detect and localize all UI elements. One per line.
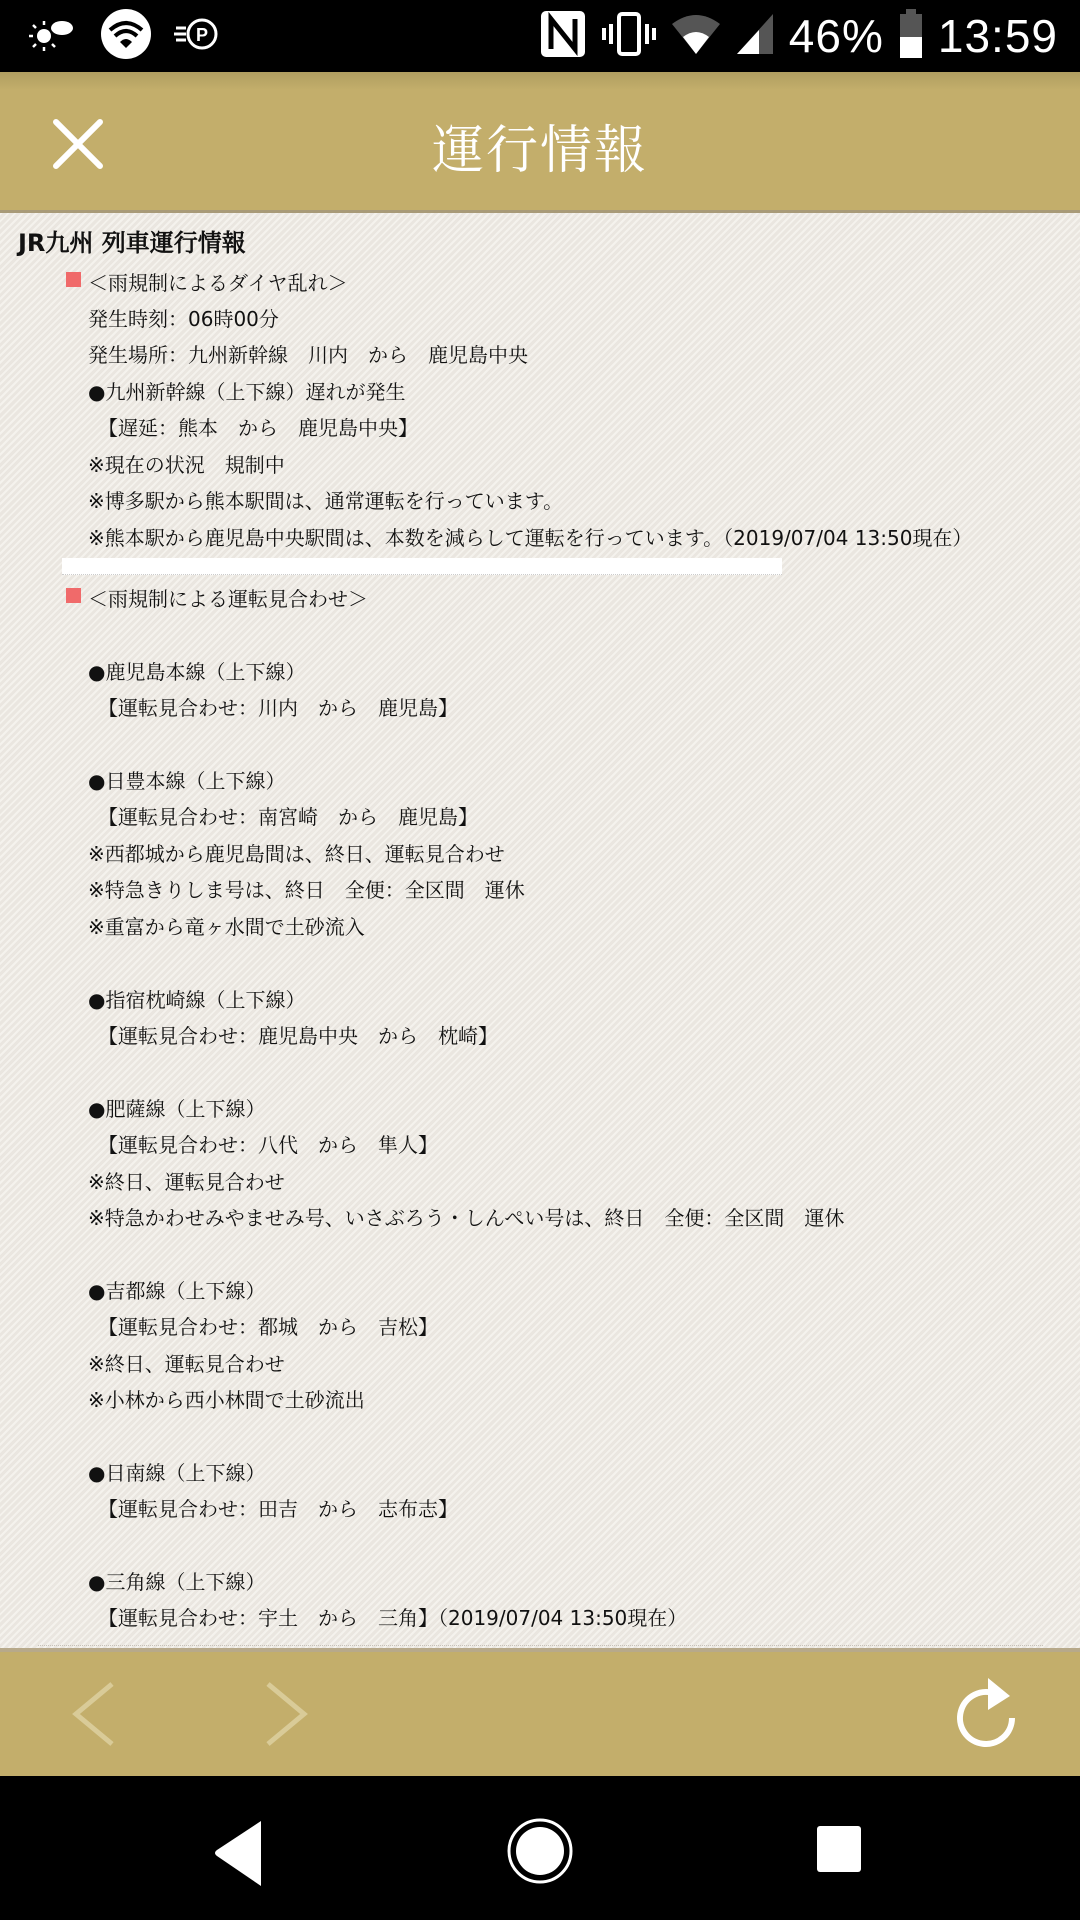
info-line: ※終日、運転見合わせ (88, 1348, 285, 1377)
section-category: ＜雨規制によるダイヤ乱れ＞ (88, 267, 348, 296)
chevron-left-icon (62, 1674, 132, 1754)
page-title: 運行情報 (0, 108, 1080, 183)
nav-recents-icon (795, 1806, 885, 1896)
wifi-hotspot-icon (100, 8, 152, 64)
info-line: 【遅延：熊本 から 鹿児島中央】 (88, 412, 418, 441)
info-line: ※特急かわせみやませみ号、いさぶろう・しんぺい号は、終日 全便：全区間 運休 (88, 1202, 844, 1231)
info-line: ※博多駅から熊本駅間は、通常運転を行っています。 (88, 485, 563, 514)
wifi-signal-icon (671, 12, 721, 60)
info-line: 【運転見合わせ：八代 から 隼人】 (88, 1129, 438, 1158)
section-divider (62, 558, 782, 575)
info-line: ●日豊本線（上下線） (88, 765, 285, 794)
battery-icon (898, 9, 924, 63)
nav-back-button[interactable] (195, 1806, 285, 1896)
info-line: ●九州新幹線（上下線）遅れが発生 (88, 376, 405, 405)
info-line: ●指宿枕崎線（上下線） (88, 984, 305, 1013)
info-line: ※西都城から鹿児島間は、終日、運転見合わせ (88, 838, 505, 867)
category-label: ＜雨規制による運転見合わせ＞ (88, 587, 368, 611)
reload-button[interactable] (948, 1674, 1028, 1754)
info-line: ●日南線（上下線） (88, 1457, 265, 1486)
system-nav-bar (0, 1776, 1080, 1920)
nav-home-button[interactable] (495, 1806, 585, 1896)
forward-button[interactable] (250, 1674, 320, 1754)
back-button[interactable] (62, 1674, 132, 1754)
info-line: 【運転見合わせ：川内 から 鹿児島】 (88, 692, 458, 721)
app-bar: 運行情報 (0, 72, 1080, 213)
info-line: 【運転見合わせ：都城 から 吉松】 (88, 1311, 438, 1340)
info-line: 【運転見合わせ：宇土 から 三角】（2019/07/04 13:50現在） (88, 1602, 687, 1631)
category-label: ＜雨規制によるダイヤ乱れ＞ (88, 271, 348, 295)
info-line: ※小林から西小林間で土砂流出 (88, 1384, 365, 1413)
info-line: 発生時刻：06時00分 (88, 303, 279, 332)
train-info-content: JR九州 列車運行情報 ＜雨規制によるダイヤ乱れ＞ 発生時刻：06時00分 発生… (0, 213, 1080, 1648)
weather-partly-sunny-icon (26, 12, 78, 60)
info-line: ※特急きりしま号は、終日 全便：全区間 運休 (88, 874, 525, 903)
info-line: ●吉都線（上下線） (88, 1275, 265, 1304)
nav-home-icon (495, 1806, 585, 1896)
battery-percent: 46% (789, 9, 884, 63)
section-category: ＜雨規制による運転見合わせ＞ (88, 583, 368, 612)
category-marker-icon (66, 272, 81, 287)
cell-signal-icon (735, 12, 775, 60)
info-line: ●鹿児島本線（上下線） (88, 656, 305, 685)
info-line: ●三角線（上下線） (88, 1566, 265, 1595)
status-bar: P 46% 13:59 (0, 0, 1080, 72)
svg-text:P: P (196, 25, 208, 45)
nfc-icon (539, 9, 587, 63)
info-line: ※現在の状況 規制中 (88, 449, 285, 478)
browser-toolbar (0, 1648, 1080, 1776)
info-line: 発生場所：九州新幹線 川内 から 鹿児島中央 (88, 339, 528, 368)
nav-back-icon (195, 1806, 285, 1896)
category-marker-icon (66, 588, 81, 603)
info-line: ●肥薩線（上下線） (88, 1093, 265, 1122)
content-bottom-rule (38, 1645, 1043, 1647)
info-line: 【運転見合わせ：田吉 から 志布志】 (88, 1493, 458, 1522)
chevron-right-icon (250, 1674, 320, 1754)
clock: 13:59 (938, 9, 1058, 63)
info-line: ※熊本駅から鹿児島中央駅間は、本数を減らして運転を行っています。（2019/07… (88, 522, 972, 551)
vibrate-icon (601, 12, 657, 60)
reload-icon (948, 1674, 1028, 1754)
info-line: 【運転見合わせ：南宮崎 から 鹿児島】 (88, 801, 478, 830)
parking-app-icon: P (174, 14, 220, 58)
nav-recents-button[interactable] (795, 1806, 885, 1896)
info-line: 【運転見合わせ：鹿児島中央 から 枕崎】 (88, 1020, 498, 1049)
content-heading: JR九州 列車運行情報 (18, 223, 246, 258)
info-line: ※終日、運転見合わせ (88, 1166, 285, 1195)
info-line: ※重富から竜ヶ水間で土砂流入 (88, 911, 365, 940)
